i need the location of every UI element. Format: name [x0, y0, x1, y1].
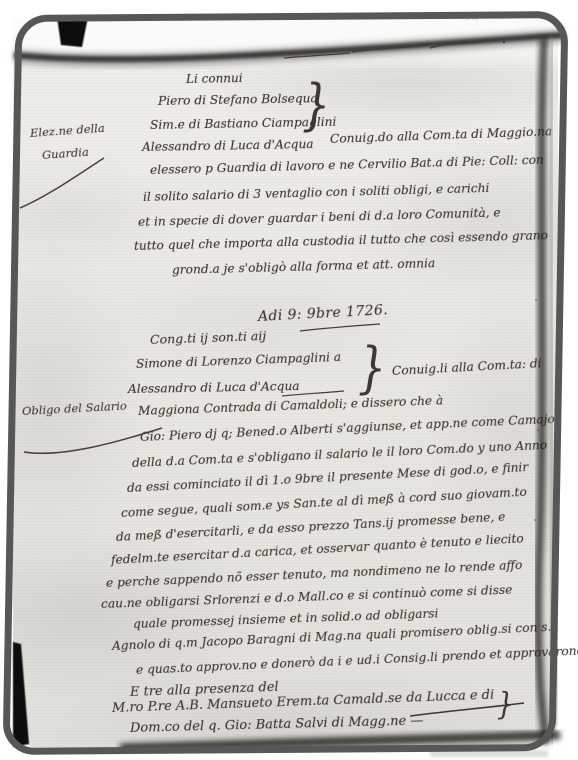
entry-1-body-line: il solito salario di 3 ventaglio con i s…: [143, 181, 490, 204]
entry-2-witness-line: Dom.co del q. Gio: Batta Salvi di Magg.n…: [130, 713, 424, 736]
entry-1-name: Alessandro di Luca d'Acqua: [142, 137, 314, 154]
entry-1-date-header: Adi 20 Maj: 1726.: [206, 31, 340, 52]
entry-2-date-header: Adi 9: 9bre 1726.: [258, 302, 389, 325]
entry-1-margin-note-line2: Guardia: [42, 145, 90, 162]
folio-number: 69: [461, 16, 479, 33]
entry-2-right-label: Conuig.li alla Com.ta: di: [392, 356, 542, 378]
entry-1-name: Piero di Stefano Bolsequa: [158, 91, 318, 108]
entry-1-names-brace: }: [302, 79, 330, 134]
manuscript-scan: 69 Adi 20 Maj: 1726. Elez.ne della Guard…: [0, 0, 578, 760]
entry-1-body-line: et in specie di dover guardar i beni di …: [138, 206, 501, 229]
entry-2-body-line: Maggiona Contrada di Camaldoli; e disser…: [138, 393, 444, 418]
entry-1-body-line: elessero p Guardia di lavoro e ne Cervil…: [150, 153, 544, 177]
entry-2-intro: Cong.ti ij son.ti aij: [150, 328, 267, 347]
entry-2-margin-note: Obligo del Salario: [22, 399, 128, 418]
entry-2-names-brace: }: [358, 342, 386, 397]
entry-1-body-line: tutto quel che importa alla custodia il …: [134, 228, 548, 253]
entry-1-margin-note-line1: Elez.ne della: [30, 121, 106, 140]
handwriting-layer: 69 Adi 20 Maj: 1726. Elez.ne della Guard…: [0, 0, 578, 760]
entry-1-body-line: grond.a je s'obligò alla forma et att. o…: [172, 256, 436, 277]
entry-1-intro: Li connui: [186, 71, 243, 86]
entry-2-witness-brace: }: [497, 689, 514, 720]
entry-2-name: Alessandro di Luca d'Acqua: [128, 379, 300, 396]
entry-1-right-label: Conuig.do alla Com.ta di Maggio.na: [330, 124, 553, 146]
entry-2-body-line: Gio: Piero dj q; Bened.o Alberti s'aggiu…: [140, 412, 555, 444]
entry-2-name: Simone di Lorenzo Ciampaglini a: [136, 350, 342, 371]
